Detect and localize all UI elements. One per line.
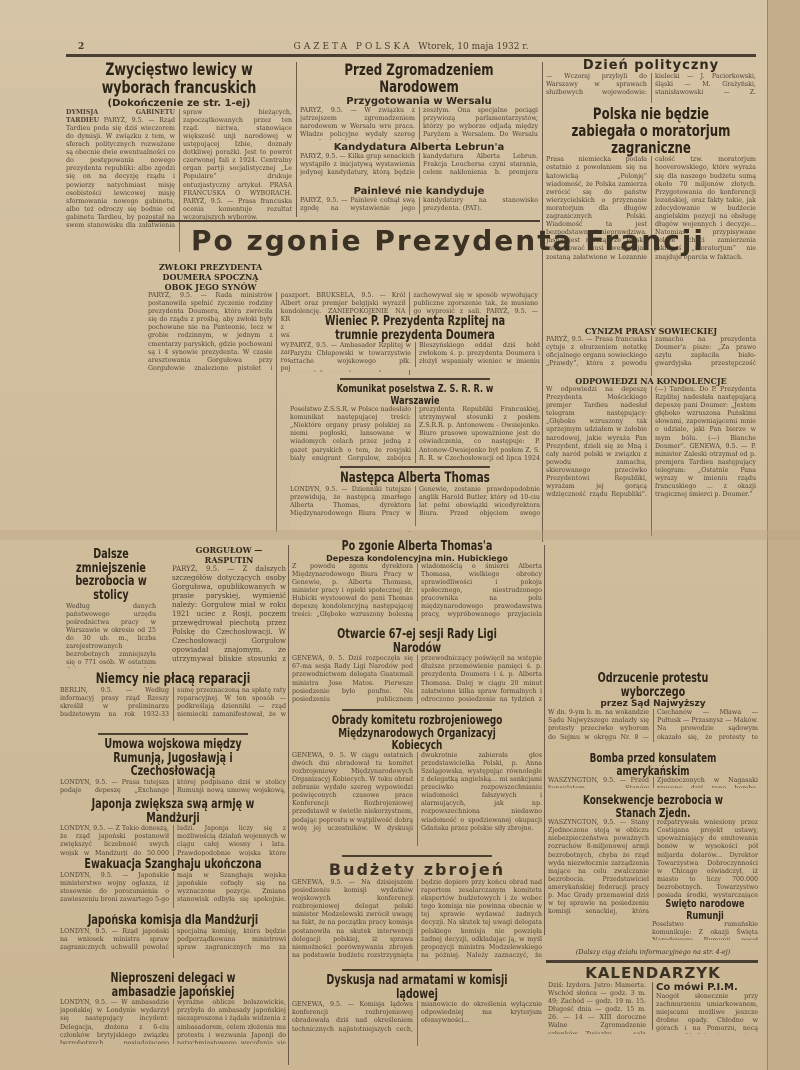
column-divider xyxy=(288,545,289,1065)
article-text: PARYŻ, 9.5. — Prasa francuska cytuje z o… xyxy=(546,336,756,376)
headline: Budżety zbrojeń xyxy=(292,860,542,879)
article-assembly: Przed Zgromadzeniem Narodowem Przygotowa… xyxy=(300,62,538,140)
headline: Umowa wojskowa między Rumunją, Jugosławj… xyxy=(80,738,265,779)
column-divider xyxy=(296,62,297,217)
article-text: LONDYN, 9.5. — Prasa tutejsza podaje dep… xyxy=(60,779,286,795)
condolences-headline: ODPOWIEDZI NA KONDOLENCJE xyxy=(546,376,756,386)
column-divider xyxy=(544,545,545,935)
article-shanghai: Ewakuacja Szanghaju ukończona LONDYN, 9.… xyxy=(60,858,286,912)
page-number: 2 xyxy=(78,42,84,52)
separator xyxy=(98,733,248,735)
headline: Przed Zgromadzeniem Narodowem xyxy=(321,62,516,96)
headline: Konsekwencje bezrobocia w Stanach Zjedn. xyxy=(567,794,739,819)
article-text: BERLIN, 9.5. — Według informacyj prasy r… xyxy=(60,687,286,721)
article-text: Według danych państwowego urzędu pośredn… xyxy=(66,603,156,668)
headline: ZWŁOKI PREZYDENTA DOUMERA SPOCZNĄ OBOK J… xyxy=(148,262,273,292)
article-text: PARYŻ, 9.5. — Z dalszych szczegółów doty… xyxy=(172,565,286,665)
article-lebrun: Kandydatura Alberta Lebrun'a PARYŻ, 9.5.… xyxy=(300,142,538,182)
headline: CYNIZM PRASY SOWIECKIEJ xyxy=(546,326,756,336)
article-text: — Wczoraj przybyli do Warszawy w sprawac… xyxy=(546,73,756,103)
article-text: LONDYN, 9.5. — Dzienniki tutejsze przewi… xyxy=(290,486,540,526)
separator xyxy=(342,709,492,711)
article-text: Poselstwo rumuńskie komunikuje: Z okazji… xyxy=(652,921,758,940)
article-text: LONDYN, 9.5. — Z Tokio donoszą, że rząd … xyxy=(60,825,286,856)
headline: Zwycięstwo lewicy w wyborach francuskich xyxy=(86,62,271,98)
headline: Niemcy nie płacą reparacji xyxy=(80,672,265,687)
article-ussr: Komunikat poselstwa Z. S. R. R. w Warsza… xyxy=(290,375,540,463)
article-text: PARYŻ, 9.5. — Kilka grup senackich wystą… xyxy=(300,153,538,179)
separator xyxy=(340,378,490,380)
banner-headline: Po zgonie Prezydenta Francji xyxy=(148,224,748,257)
headline: Odrzucenie protestu wyborczego xyxy=(567,672,739,699)
page-tear xyxy=(0,530,800,540)
article-political-day: Dzień polityczny — Wczoraj przybyli do W… xyxy=(546,58,756,103)
subhead: (Dokończenie ze str. 1-ej) xyxy=(66,98,292,109)
kalendarzyk-text: Dziś: Izydora. Jutro: Mamerta. Wschód sł… xyxy=(548,982,646,1030)
headline: Nieproszeni delegaci w ambasadzie japońs… xyxy=(80,972,265,999)
article-text: LONDYN, 9.5. — W ambasadzie japońskiej w… xyxy=(60,999,286,1044)
article-text: GENEWA, 9. 5. W ciągu ostatnich dwóch dn… xyxy=(292,752,542,846)
article-manchuria-commission: Japońska komisja dla Mandżurji LONDYN, 9… xyxy=(60,914,286,962)
article-artillery: Dyskusja nad armatami w komisji lądowej … xyxy=(292,966,542,1046)
article-gorgulow: GORGUŁOW — RASPUTIN PARYŻ, 9.5. — Z dals… xyxy=(172,545,286,665)
article-thomas-death: Po zgonie Alberta Thomas'a Depesza kondo… xyxy=(292,540,542,626)
headline: Po zgonie Alberta Thomas'a xyxy=(315,540,520,554)
continuation-note: (Dalszy ciąg działu informacyjnego na st… xyxy=(548,948,758,958)
kalendarzyk: KALENDARZYK Dziś: Izydora. Jutro: Mamert… xyxy=(548,964,758,1034)
article-bomb: Bomba przed konsulatem amerykańskim WASZ… xyxy=(548,752,758,788)
article-embassy: Nieproszeni delegaci w ambasadzie japońs… xyxy=(60,972,286,1044)
article-text: GENEWA, 9.5. — Komisja lądowa konferencj… xyxy=(292,1001,542,1046)
article-thomas-successor: Następca Alberta Thomas LONDYN, 9.5. — D… xyxy=(290,463,540,531)
separator xyxy=(342,855,492,857)
separator xyxy=(342,969,492,971)
article-text: GENEWA, 9.5. — Na dzisiejszem posiedzeni… xyxy=(292,879,542,961)
headline: Święto narodowe Rumunji xyxy=(662,898,749,921)
weather-headline: Co mówi P.I.M. xyxy=(656,982,758,993)
article-text: PARYŻ, 9.5. — W związku z jutrzejszem zg… xyxy=(300,107,538,140)
article-text: PARYŻ, 9.5. — Ambasador Rzplitej w Paryż… xyxy=(290,342,540,367)
article-text: WASZYNGTON, 9.5. — Przed konsulatem Stan… xyxy=(548,777,758,788)
headline: Dalsze zmniejszenie bezrobocia w stolicy xyxy=(74,548,148,603)
article-soviet-press-condolences: CYNIZM PRASY SOWIECKIEJ PARYŻ, 9.5. — Pr… xyxy=(546,326,756,546)
kalendarzyk-rule xyxy=(546,960,758,963)
headline: Kandydatura Alberta Lebrun'a xyxy=(300,142,538,153)
article-painleve: Painlevé nie kandyduje PARYŻ, 9.5. — Pai… xyxy=(300,186,538,216)
headline: Następca Alberta Thomas xyxy=(313,471,518,486)
condolences-text: W odpowiedzi na depeszę Prezydenta Mości… xyxy=(546,386,756,536)
headline: Obrady komitetu rozbrojeniowego Międzyna… xyxy=(315,714,520,752)
headline: Japońska komisja dla Mandżurji xyxy=(80,914,265,928)
article-reparations: Niemcy nie płacą reparacji BERLIN, 9.5. … xyxy=(60,672,286,724)
headline: Painlevé nie kandyduje xyxy=(300,186,538,197)
headline: Komunikat poselstwa Z. S. R. R. w Warsza… xyxy=(313,383,518,406)
article-text: LONDYN, 9.5. — Japońskie ministerstwo wo… xyxy=(60,872,286,908)
headline: Otwarcie 67-ej sesji Rady Ligi Narodów xyxy=(315,628,520,655)
headline: Wieniec P. Prezydenta Rzplitej na trumni… xyxy=(313,315,518,342)
article-text: PARYŻ, 9.5. — Painlevé cofnął swą zgodę … xyxy=(300,197,538,214)
separator xyxy=(340,466,490,468)
article-election-protest: Odrzucenie protestu wyborczego przez Sąd… xyxy=(548,672,758,742)
newspaper-page: 2 GAZETA POLSKA Wtorek, 10 maja 1932 r. … xyxy=(0,0,800,1070)
headline: GORGUŁOW — RASPUTIN xyxy=(172,545,286,565)
article-unemployment-warsaw: Dalsze zmniejszenie bezrobocia w stolicy… xyxy=(66,548,156,668)
article-text: Poselstwo Z.S.S.R. w Polsce nadesłało ko… xyxy=(290,406,540,463)
subhead: przez Sąd Najwyższy xyxy=(548,699,758,709)
headline: Dzień polityczny xyxy=(546,58,756,73)
subhead: Depesza kondolencyjna min. Hubickiego xyxy=(292,554,542,563)
article-moratorium: Polska nie będzie zabiegała o moratorjum… xyxy=(546,106,756,326)
article-text: W dn. 9-ym b. m. na wokandzie Sądu Najwy… xyxy=(548,709,758,742)
headline: Japonja zwiększa swą armję w Mandżurji xyxy=(80,798,265,825)
masthead-title: GAZETA POLSKA xyxy=(294,42,413,52)
article-romania-day: Święto narodowe Rumunji Poselstwo rumuńs… xyxy=(652,898,758,940)
headline: Bomba przed konsulatem amerykańskim xyxy=(567,752,739,777)
kalendarzyk-headline: KALENDARZYK xyxy=(548,964,758,982)
subhead: Przygotowania w Wersalu xyxy=(300,96,538,107)
article-text: LONDYN, 9.5. — Rząd japoński na wniosek … xyxy=(60,928,286,958)
article-military-pact: Umowa wojskowa między Rumunją, Jugosławj… xyxy=(60,730,286,795)
masthead-rule xyxy=(66,54,756,57)
article-wreath: Wieniec P. Prezydenta Rzplitej na trumni… xyxy=(290,315,540,370)
banner-rule xyxy=(148,220,540,222)
headline: Polska nie będzie zabiegała o moratorjum… xyxy=(565,106,737,156)
column-divider xyxy=(542,62,543,542)
weather-text: Naogół słonecznie przy zachmurzeniu umia… xyxy=(656,993,758,1029)
article-league: Otwarcie 67-ej sesji Rady Ligi Narodów G… xyxy=(292,628,542,704)
headline: Ewakuacja Szanghaju ukończona xyxy=(80,858,265,872)
article-text: Z powodu zgonu dyrektora Międzynarodoweg… xyxy=(292,563,542,621)
article-women-committee: Obrady komitetu rozbrojeniowego Międzyna… xyxy=(292,706,542,846)
article-arms-budget: Budżety zbrojeń GENEWA, 9.5. — Na dzisie… xyxy=(292,852,542,962)
article-japan-army: Japonja zwiększa swą armję w Mandżurji L… xyxy=(60,798,286,856)
headline: Dyskusja nad armatami w komisji lądowej xyxy=(315,974,520,1001)
article-text: GENEWA, 9. 5. Dziś rozpoczęła się 67-ma … xyxy=(292,655,542,704)
banner: Po zgonie Prezydenta Francji xyxy=(148,224,748,260)
masthead-date: Wtorek, 10 maja 1932 r. xyxy=(418,42,528,52)
article-text: PARYŻ, 9.5. — Rząd Tardieu poda się dziś… xyxy=(66,109,292,229)
